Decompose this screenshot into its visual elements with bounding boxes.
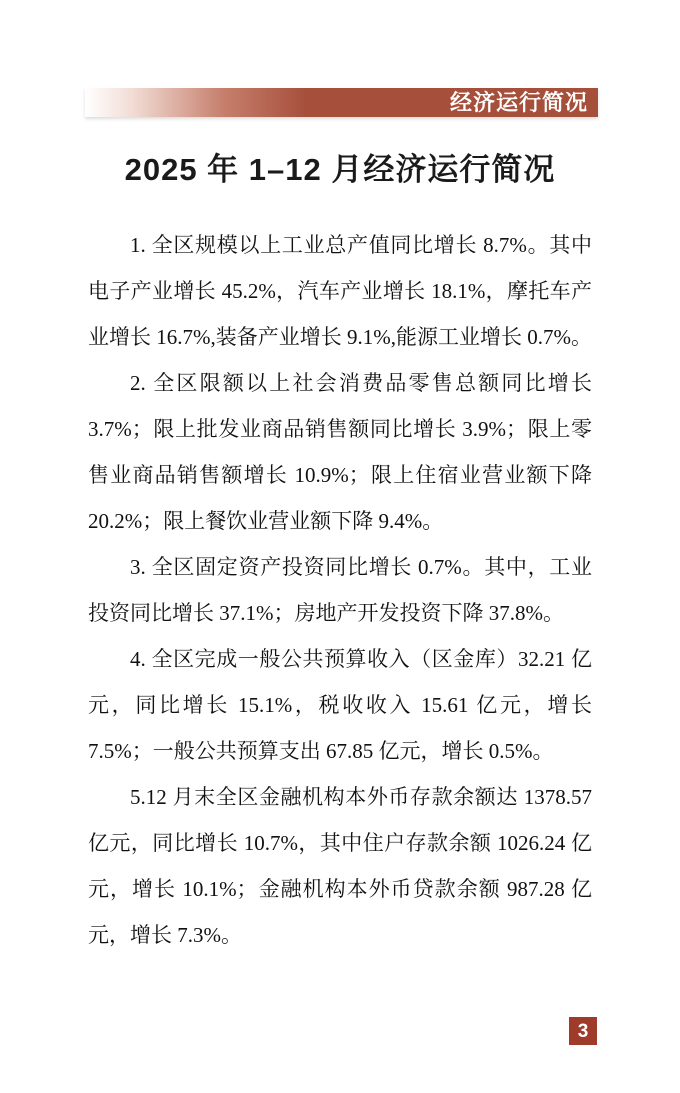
paragraph-budget: 4. 全区完成一般公共预算收入（区金库）32.21 亿元，同比增长 15.1%，… bbox=[88, 636, 592, 774]
header-section-label: 经济运行简况 bbox=[450, 92, 598, 114]
paragraph-investment: 3. 全区固定资产投资同比增长 0.7%。其中，工业投资同比增长 37.1%；房… bbox=[88, 544, 592, 636]
page-title: 2025 年 1–12 月经济运行简况 bbox=[0, 144, 680, 189]
page-number-box: 3 bbox=[569, 1017, 597, 1045]
paragraph-industry: 1. 全区规模以上工业总产值同比增长 8.7%。其中电子产业增长 45.2%，汽… bbox=[88, 222, 592, 360]
paragraph-finance: 5.12 月末全区金融机构本外币存款余额达 1378.57 亿元，同比增长 10… bbox=[88, 774, 592, 958]
header-gradient-bar: 经济运行简况 bbox=[85, 88, 598, 117]
document-body: 1. 全区规模以上工业总产值同比增长 8.7%。其中电子产业增长 45.2%，汽… bbox=[88, 222, 592, 958]
page-number: 3 bbox=[578, 1022, 589, 1041]
document-page: 经济运行简况 2025 年 1–12 月经济运行简况 1. 全区规模以上工业总产… bbox=[0, 0, 680, 1093]
paragraph-retail: 2. 全区限额以上社会消费品零售总额同比增长 3.7%；限上批发业商品销售额同比… bbox=[88, 360, 592, 544]
